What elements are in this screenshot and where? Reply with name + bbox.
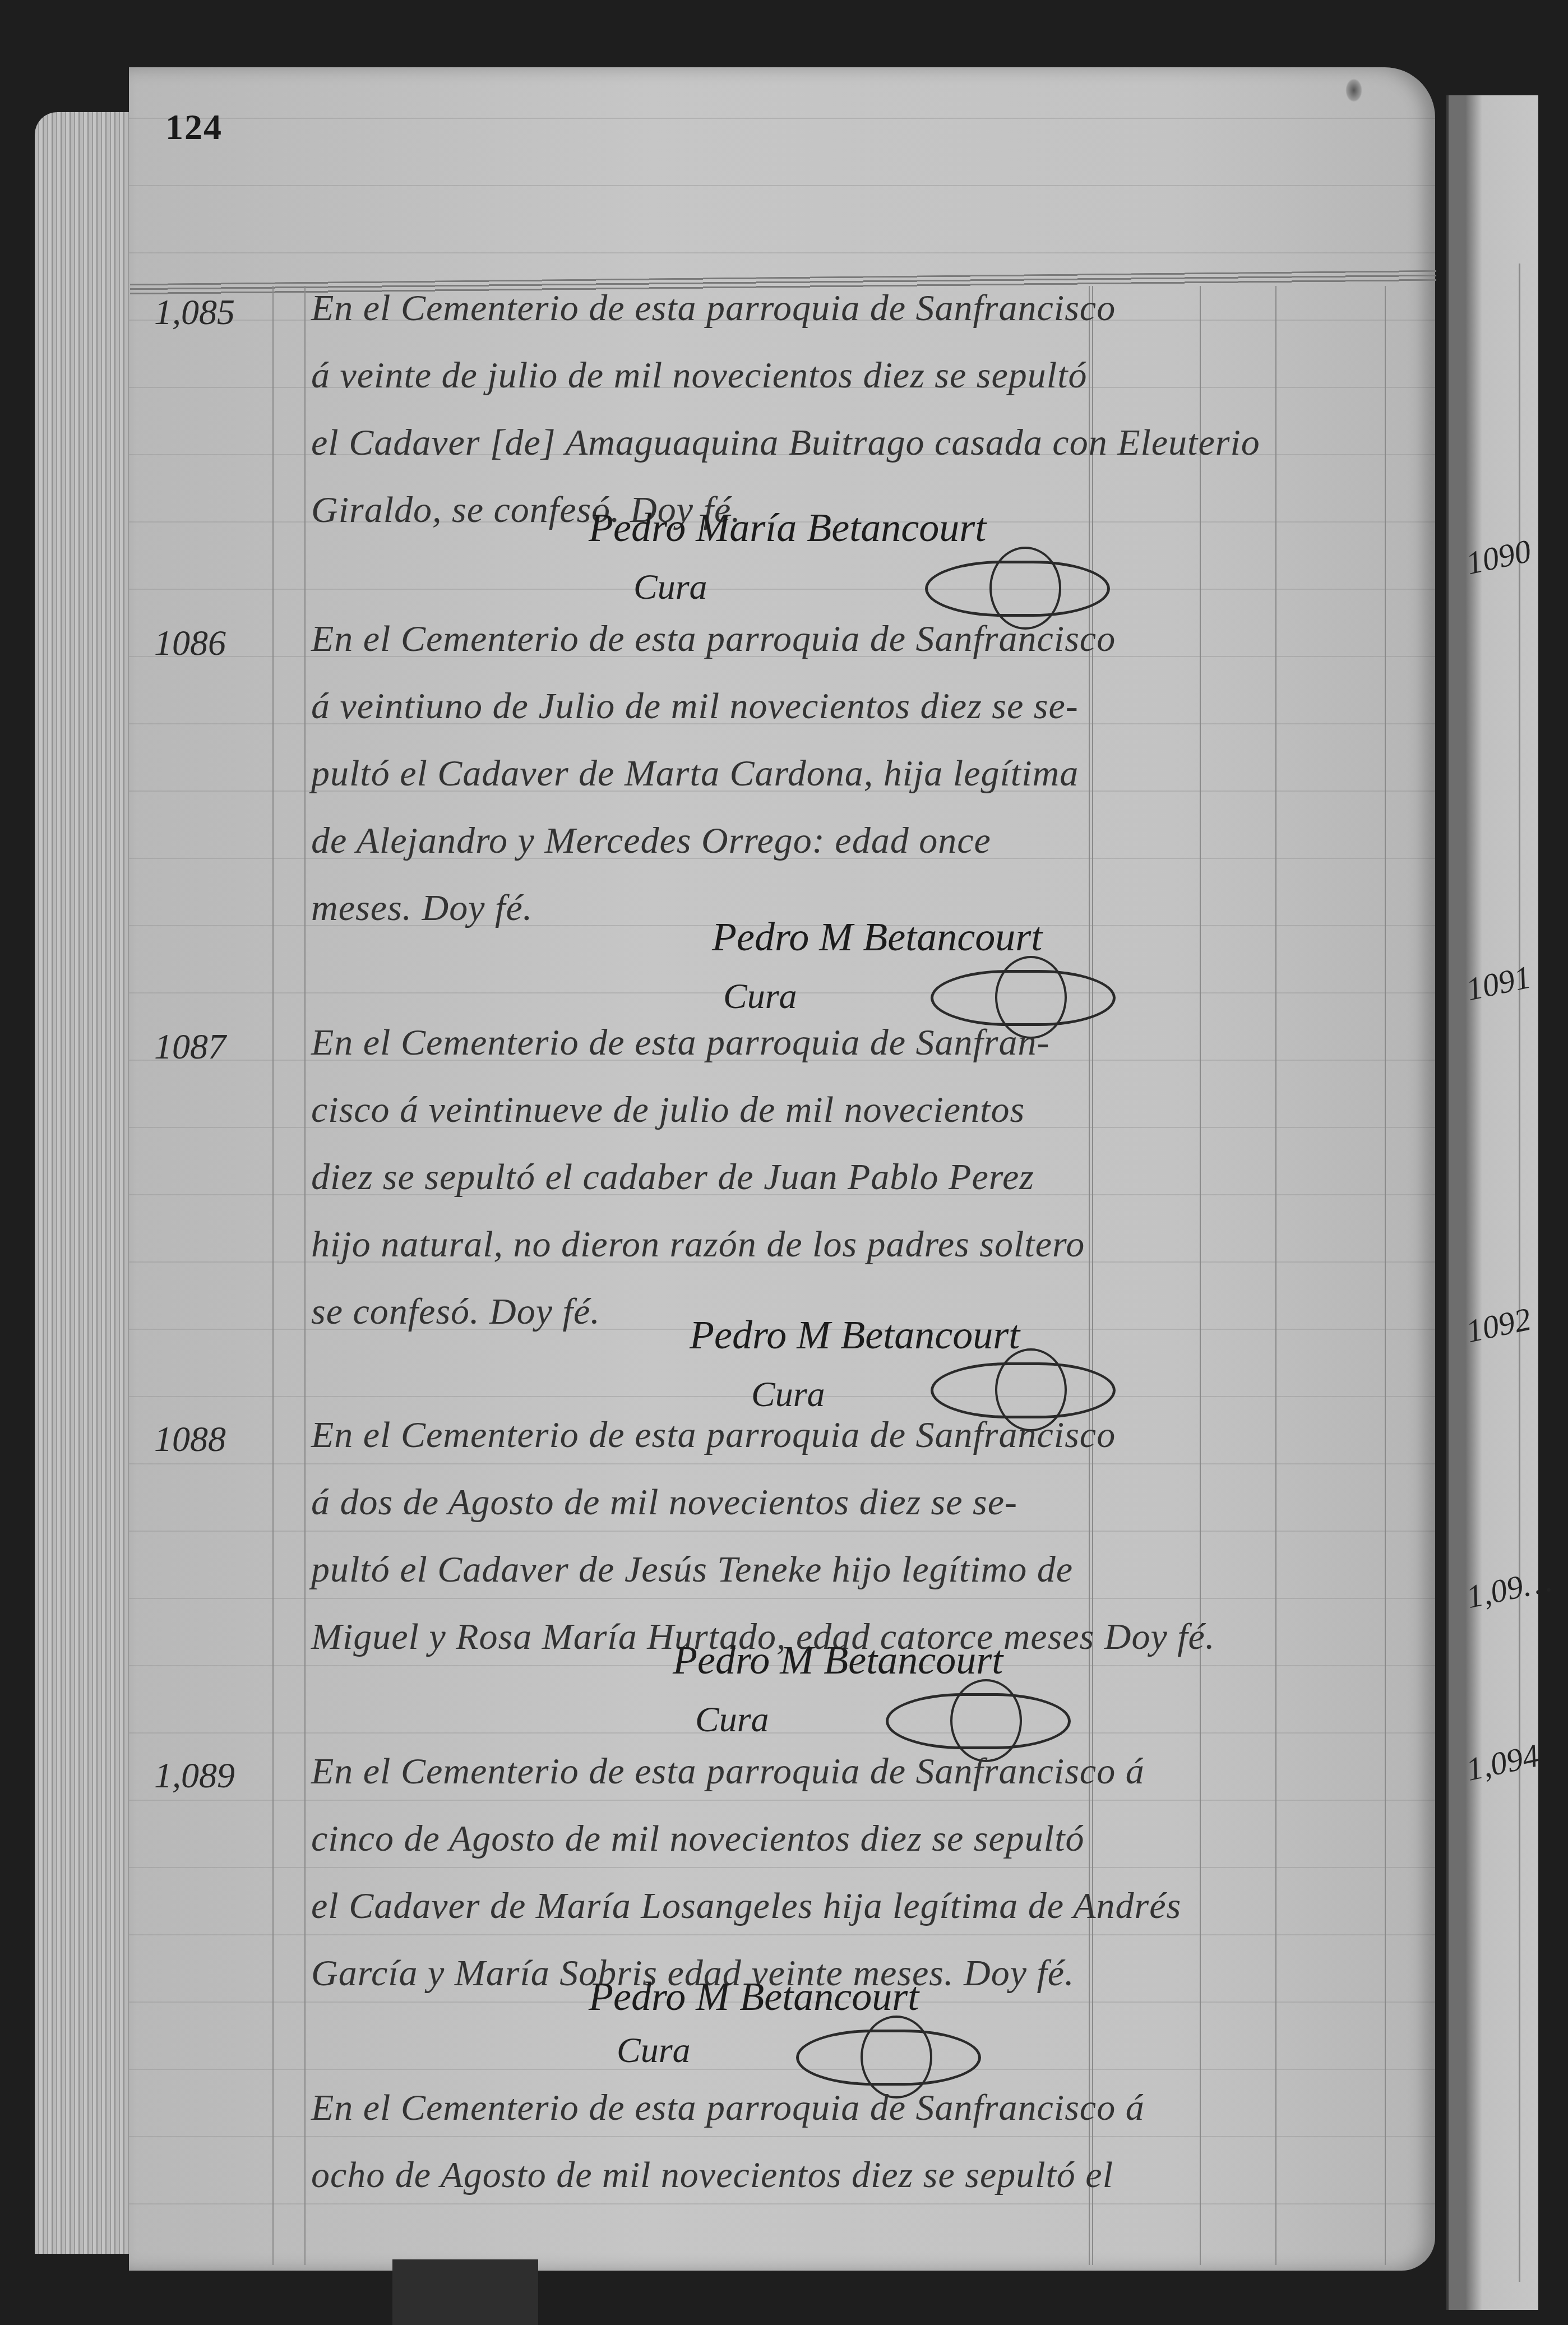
entry-line: cinco de Agosto de mil novecientos diez …	[311, 1805, 1393, 1873]
book-page-edges	[35, 112, 130, 2254]
entry-text: En el Cementerio de esta parroquia de Sa…	[311, 1738, 1393, 2007]
entry-line: el Cadaver de María Losangeles hija legí…	[311, 1873, 1393, 1940]
entry-number: 1,085	[154, 292, 235, 333]
entry-line: el Cadaver [de] Amaguaquina Buitrago cas…	[311, 409, 1393, 477]
adjacent-page-edge	[1446, 95, 1538, 2310]
priest-signature: Pedro M Betancourt	[712, 914, 1042, 960]
priest-signature: Pedro M Betancourt	[690, 1312, 1020, 1358]
entry-number: 1088	[154, 1418, 226, 1460]
entry-line: cisco á veintinueve de julio de mil nove…	[311, 1076, 1393, 1144]
entry-text: En el Cementerio de esta parroquia de Sa…	[311, 605, 1393, 942]
priest-signature: Pedro M Betancourt	[589, 1973, 919, 2020]
entry-text: En el Cementerio de esta parroquia de Sa…	[311, 275, 1393, 544]
entry-line: En el Cementerio de esta parroquia de Sa…	[311, 275, 1393, 342]
entry-text: En el Cementerio de esta parroquia de Sa…	[311, 2074, 1393, 2209]
entry-line: pultó el Cadaver de Marta Cardona, hija …	[311, 740, 1393, 807]
entry-line: En el Cementerio de esta parroquia de Sa…	[311, 2074, 1393, 2142]
entry-number: 1086	[154, 622, 226, 664]
column-rule	[304, 286, 306, 2265]
ink-stain	[1345, 78, 1362, 102]
entry-text: En el Cementerio de esta parroquia de Sa…	[311, 1009, 1393, 1346]
entry-line: En el Cementerio de esta parroquia de Sa…	[311, 1009, 1393, 1076]
priest-signature: Pedro M Betancourt	[673, 1637, 1003, 1684]
column-rule	[272, 286, 274, 2265]
entry-line: En el Cementerio de esta parroquia de Sa…	[311, 1402, 1393, 1469]
entry-line: de Alejandro y Mercedes Orrego: edad onc…	[311, 807, 1393, 875]
entry-text: En el Cementerio de esta parroquia de Sa…	[311, 1402, 1393, 1671]
entry-number: 1,089	[154, 1755, 235, 1796]
entry-line: En el Cementerio de esta parroquia de Sa…	[311, 605, 1393, 673]
entry-line: á veintiuno de Julio de mil novecientos …	[311, 673, 1393, 740]
priest-title: Cura	[633, 566, 707, 608]
entry-number: 1087	[154, 1026, 226, 1067]
entry-line: á veinte de julio de mil novecientos die…	[311, 342, 1393, 409]
priest-title: Cura	[695, 1699, 769, 1740]
entry-line: á dos de Agosto de mil novecientos diez …	[311, 1469, 1393, 1536]
book-binding-strap	[392, 2259, 538, 2325]
priest-title: Cura	[617, 2030, 691, 2071]
entry-line: ocho de Agosto de mil novecientos diez s…	[311, 2142, 1393, 2209]
entry-line: diez se sepultó el cadaber de Juan Pablo…	[311, 1144, 1393, 1211]
priest-signature: Pedro María Betancourt	[589, 505, 986, 551]
entry-line: En el Cementerio de esta parroquia de Sa…	[311, 1738, 1393, 1805]
entry-line: hijo natural, no dieron razón de los pad…	[311, 1211, 1393, 1278]
page-number: 124	[165, 107, 223, 148]
entry-line: pultó el Cadaver de Jesús Teneke hijo le…	[311, 1536, 1393, 1603]
